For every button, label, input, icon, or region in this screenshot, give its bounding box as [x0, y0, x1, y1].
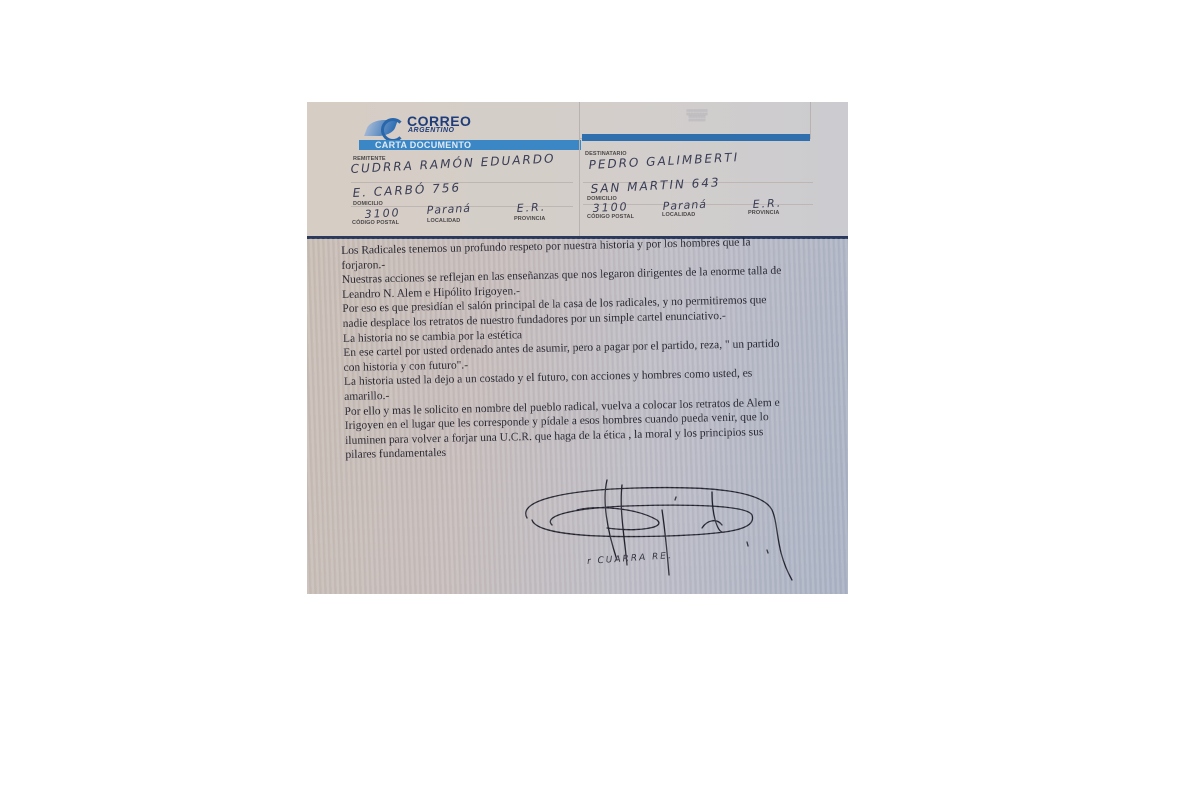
sender-province-label: PROVINCIA	[514, 216, 545, 222]
column-divider	[579, 138, 580, 236]
sender-name-rule	[351, 182, 573, 183]
recipient-bar	[582, 134, 810, 141]
sender-name: CUDRRA RAMÓN EDUARDO	[350, 151, 556, 176]
brand-name: CORREO	[407, 114, 471, 128]
recipient-address: SAN MARTIN 643	[590, 175, 721, 196]
stamp-text: ▒▒▒▒▒▒▒▒▒	[677, 110, 717, 120]
recipient-postal-code-label: CÓDIGO POSTAL	[587, 214, 634, 220]
recipient-city: Paraná	[662, 198, 707, 213]
sender-address: E. CARBÓ 756	[352, 180, 461, 200]
sender-postal-code-label: CÓDIGO POSTAL	[352, 220, 399, 226]
document-photo: ▒▒▒▒▒▒▒▒▒ CORREO ARGENTINO CARTA DOCUMEN…	[307, 102, 848, 594]
signature	[507, 470, 807, 590]
recipient-province-label: PROVINCIA	[748, 210, 779, 216]
brand-subname: ARGENTINO	[408, 127, 455, 134]
letter-body: Los Radicales tenemos un profundo respet…	[341, 234, 845, 463]
recipient-postal-code: 3100	[592, 200, 629, 215]
recipient-province: E.R.	[752, 196, 782, 211]
sender-city-label: LOCALIDAD	[427, 218, 460, 224]
sender-province: E.R.	[516, 200, 546, 215]
sender-city: Paraná	[426, 202, 471, 217]
logo-circle-icon	[381, 118, 405, 142]
form-title: CARTA DOCUMENTO	[375, 140, 471, 150]
form-title-bar: CARTA DOCUMENTO	[359, 140, 581, 150]
sender-postal-code: 3100	[364, 206, 401, 221]
form-header: ▒▒▒▒▒▒▒▒▒ CORREO ARGENTINO CARTA DOCUMEN…	[307, 102, 848, 238]
recipient-city-label: LOCALIDAD	[662, 212, 695, 218]
